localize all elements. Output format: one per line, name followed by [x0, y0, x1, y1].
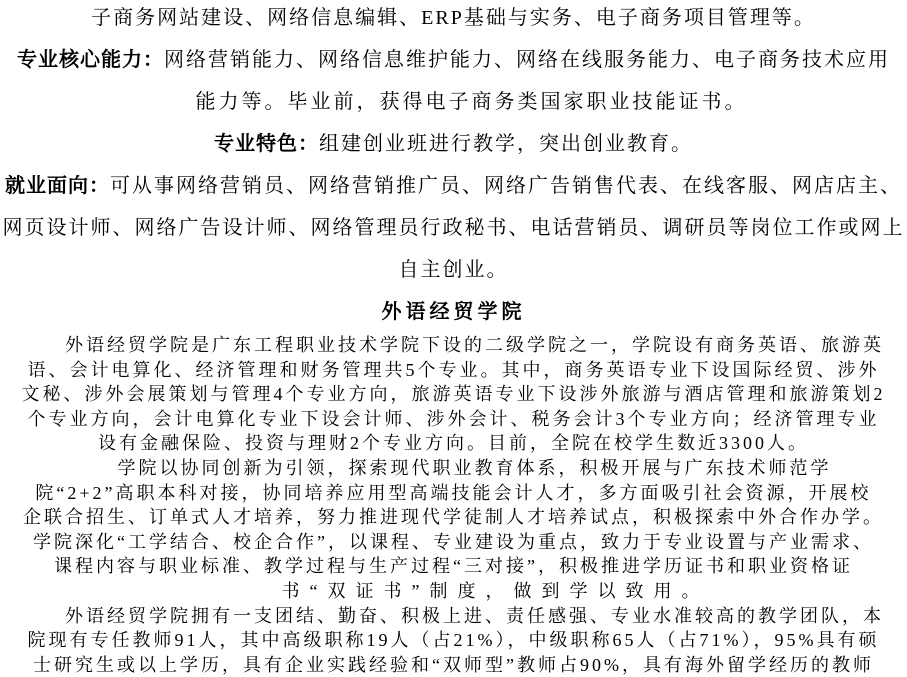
text-run: 能力等。毕业前，获得电子商务类国家职业技能证书。: [196, 91, 748, 113]
text-run: 院“2+2”高职本科对接，协同培养应用型高端技能会计人才，多方面吸引社会资源，开…: [35, 483, 871, 503]
text-line: 外语经贸学院拥有一支团结、勤奋、积极上进、责任感强、专业水准较高的教学团队，本: [0, 604, 907, 629]
bold-lead-label: 专业核心能力：: [17, 49, 164, 71]
text-line: 文秘、涉外会展策划与管理4个专业方向，旅游英语专业下设涉外旅游与酒店管理和旅游策…: [0, 382, 907, 407]
document-page: 子商务网站建设、网络信息编辑、ERP基础与实务、电子商务项目管理等。专业核心能力…: [0, 0, 907, 677]
text-run: 书“双证书”制度，做到学以致用。: [282, 581, 710, 601]
text-run: 自主创业。: [399, 259, 509, 281]
text-run: 企联合招生、订单式人才培养，努力推进现代学徒制人才培养试点，积极探索中外合作办学…: [23, 507, 884, 527]
text-run: 外语经贸学院拥有一支团结、勤奋、积极上进、责任感强、专业水准较高的教学团队，本: [23, 606, 884, 626]
text-run: 课程内容与职业标准、教学过程与生产过程“三对接”，积极推进学历证书和职业资格证: [54, 556, 853, 576]
text-run: 学院深化“工学结合、校企合作”，以课程、专业建设为重点，致力于专业设置与产业需求…: [33, 532, 874, 552]
text-run: 组建创业班进行教学，突出创业教育。: [319, 133, 693, 155]
text-line: 书“双证书”制度，做到学以致用。: [42, 579, 907, 604]
text-run: 文秘、涉外会展策划与管理4个专业方向，旅游英语专业下设涉外旅游与酒店管理和旅游策…: [22, 384, 886, 404]
text-run: 可从事网络营销员、网络营销推广员、网络广告销售代表、在线客服、网店店主、: [110, 175, 902, 197]
heading-text: 外语经贸学院: [382, 301, 526, 323]
text-line: 企联合招生、订单式人才培养，努力推进现代学徒制人才培养试点，积极探索中外合作办学…: [0, 505, 907, 530]
text-line: 士研究生或以上学历，具有企业实践经验和“双师型”教师占90%，具有海外留学经历的…: [0, 653, 907, 677]
text-line: 院现有专任教师91人，其中高级职称19人（占21%），中级职称65人（占71%）…: [0, 628, 907, 653]
text-line: 就业面向：可从事网络营销员、网络营销推广员、网络广告销售代表、在线客服、网店店主…: [0, 165, 907, 207]
text-run: 网络营销能力、网络信息维护能力、网络在线服务能力、电子商务技术应用: [164, 49, 890, 71]
text-line: 网页设计师、网络广告设计师、网络管理员行政秘书、电话营销员、调研员等岗位工作或网…: [0, 207, 907, 249]
text-line: 能力等。毕业前，获得电子商务类国家职业技能证书。: [18, 81, 907, 123]
text-line: 院“2+2”高职本科对接，协同培养应用型高端技能会计人才，多方面吸引社会资源，开…: [0, 481, 907, 506]
text-run: 子商务网站建设、网络信息编辑、ERP基础与实务、电子商务项目管理等。: [91, 7, 816, 29]
text-line: 课程内容与职业标准、教学过程与生产过程“三对接”，积极推进学历证书和职业资格证: [0, 554, 907, 579]
bold-lead-label: 专业特色：: [214, 133, 319, 155]
text-run: 士研究生或以上学历，具有企业实践经验和“双师型”教师占90%，具有海外留学经历的…: [33, 655, 874, 675]
text-run: 学院以协同创新为引领，探索现代职业教育体系，积极开展与广东技术师范学: [76, 458, 832, 478]
text-line: 子商务网站建设、网络信息编辑、ERP基础与实务、电子商务项目管理等。: [0, 0, 907, 39]
text-run: 外语经贸学院是广东工程职业技术学院下设的二级学院之一，学院设有商务英语、旅游英: [23, 335, 884, 355]
text-line: 学院深化“工学结合、校企合作”，以课程、专业建设为重点，致力于专业设置与产业需求…: [0, 530, 907, 555]
text-run: 语、会计电算化、经济管理和财务管理共5个专业。其中，商务英语专业下设国际经贸、涉…: [28, 360, 880, 380]
bold-lead-label: 就业面向：: [5, 175, 110, 197]
section-ecommerce-major-text: 子商务网站建设、网络信息编辑、ERP基础与实务、电子商务项目管理等。专业核心能力…: [0, 0, 907, 333]
text-line: 语、会计电算化、经济管理和财务管理共5个专业。其中，商务英语专业下设国际经贸、涉…: [0, 358, 907, 383]
text-line: 设有金融保险、投资与理财2个专业方向。目前，全院在校学生数近3300人。: [0, 431, 907, 456]
text-line: 专业核心能力：网络营销能力、网络信息维护能力、网络在线服务能力、电子商务技术应用: [0, 39, 907, 81]
college-heading: 外语经贸学院: [0, 291, 907, 333]
text-line: 自主创业。: [0, 249, 907, 291]
text-line: 个专业方向，会计电算化专业下设会计师、涉外会计、税务会计3个专业方向；经济管理专…: [0, 407, 907, 432]
text-line: 外语经贸学院是广东工程职业技术学院下设的二级学院之一，学院设有商务英语、旅游英: [0, 333, 907, 358]
text-run: 个专业方向，会计电算化专业下设会计师、涉外会计、税务会计3个专业方向；经济管理专…: [28, 409, 880, 429]
text-run: 设有金融保险、投资与理财2个专业方向。目前，全院在校学生数近3300人。: [98, 433, 809, 453]
text-run: 网页设计师、网络广告设计师、网络管理员行政秘书、电话营销员、调研员等岗位工作或网…: [3, 217, 905, 239]
text-line: 专业特色：组建创业班进行教学，突出创业教育。: [0, 123, 907, 165]
text-run: 院现有专任教师91人，其中高级职称19人（占21%），中级职称65人（占71%）…: [28, 630, 880, 650]
text-line: 学院以协同创新为引领，探索现代职业教育体系，积极开展与广东技术师范学: [0, 456, 907, 481]
section-foreign-language-college-text: 外语经贸学院是广东工程职业技术学院下设的二级学院之一，学院设有商务英语、旅游英语…: [0, 333, 907, 677]
